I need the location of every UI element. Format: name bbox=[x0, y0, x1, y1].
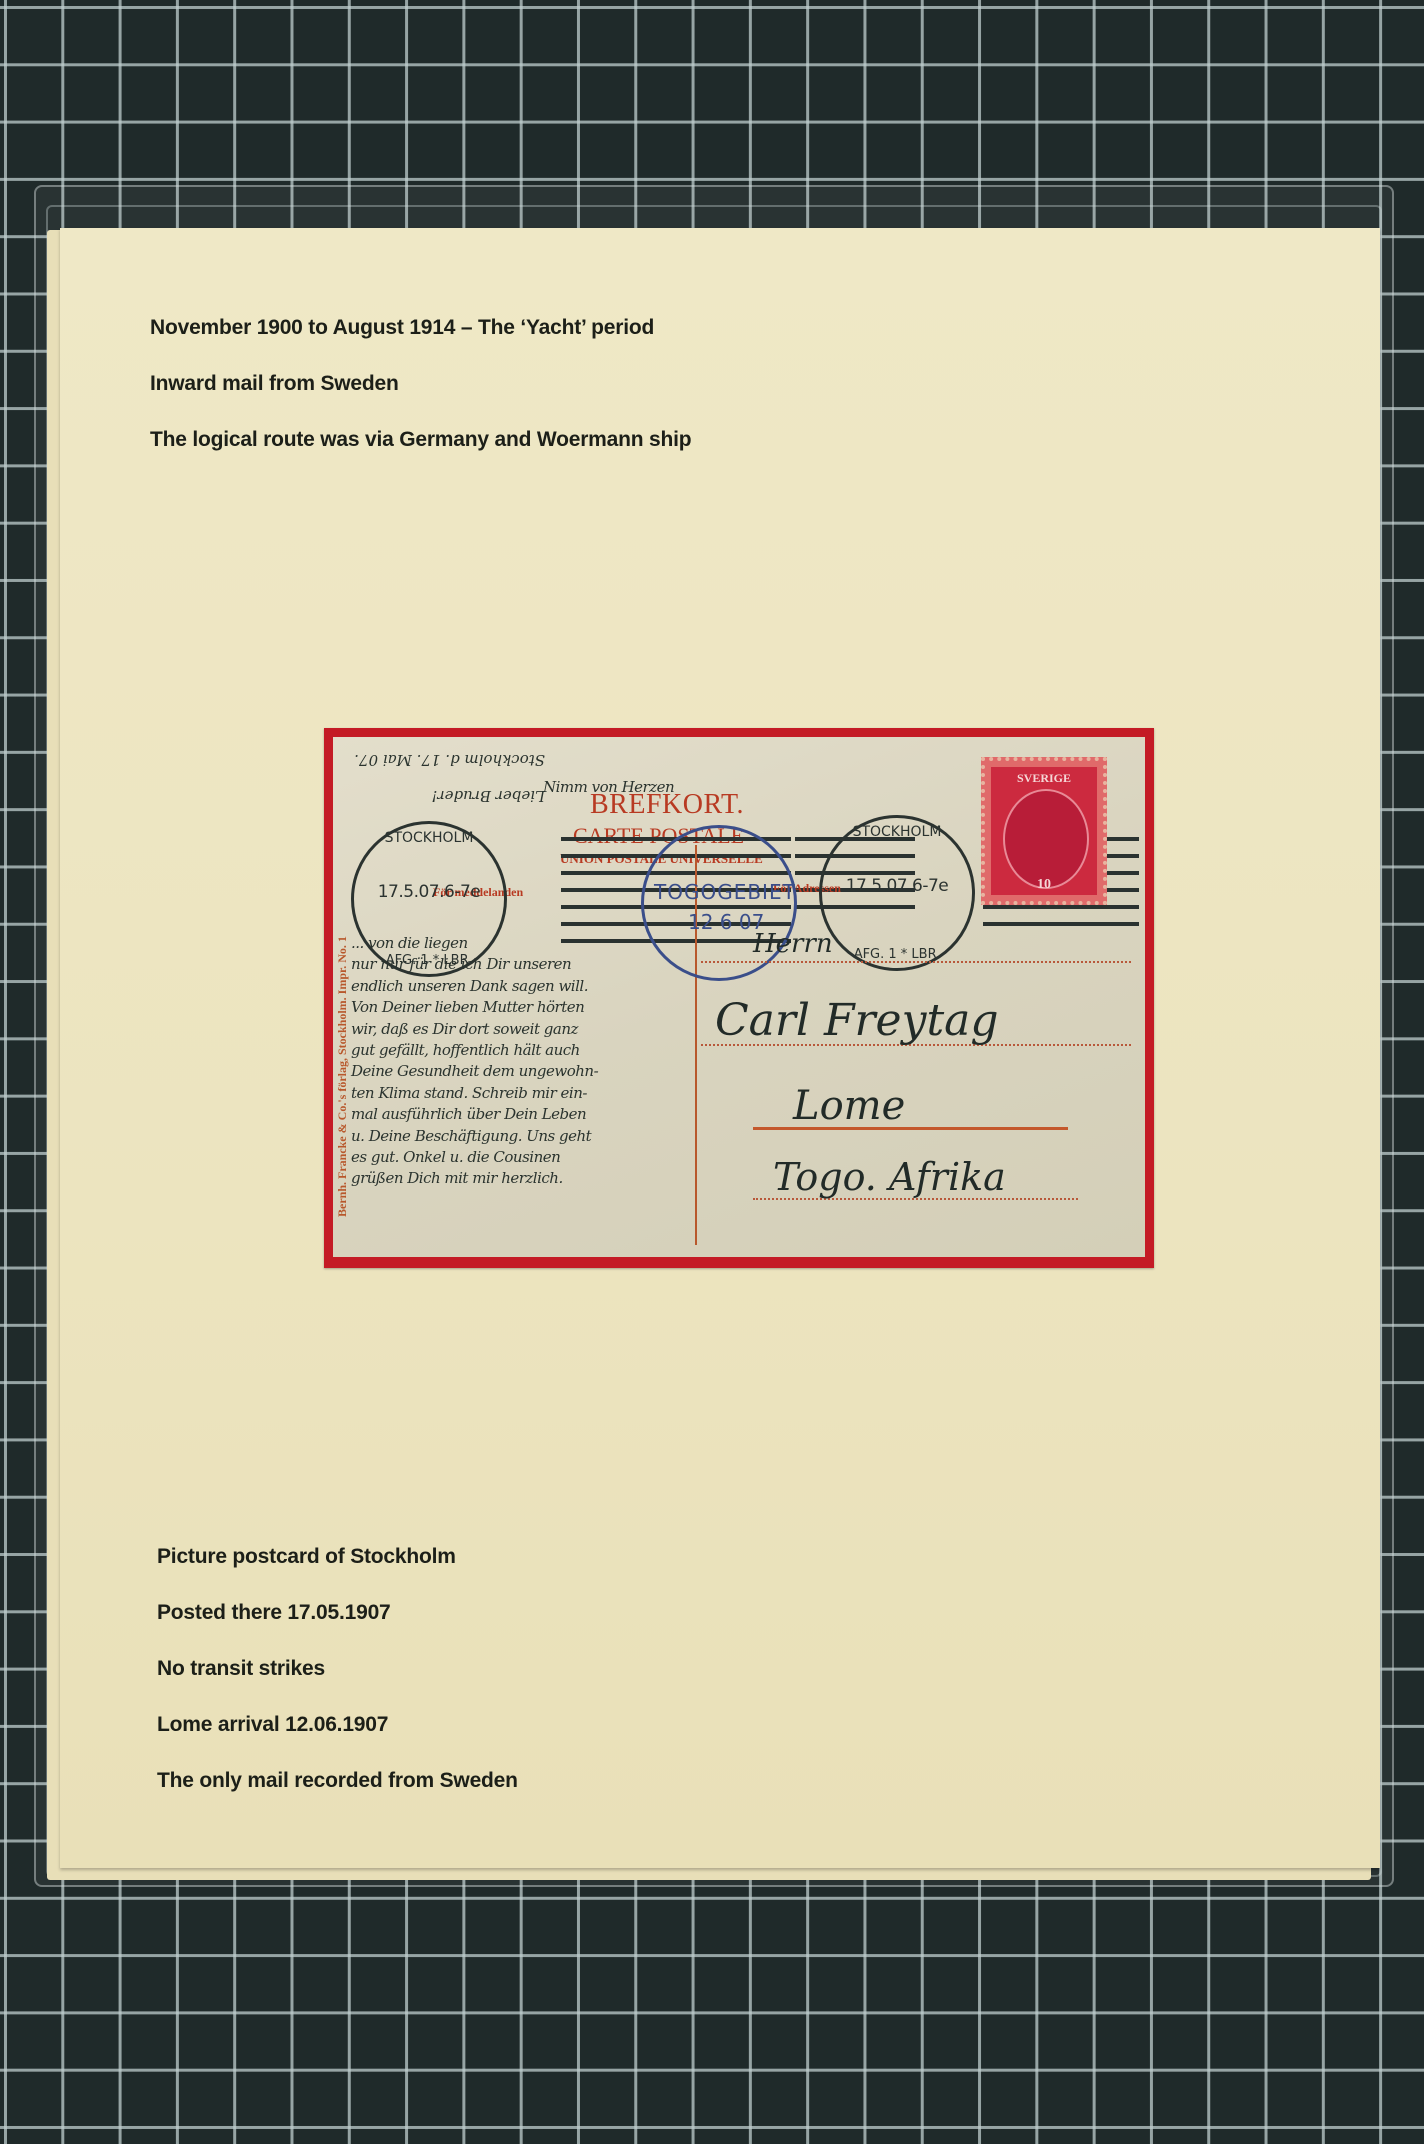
publisher-imprint: Bernh. Francke & Co.'s förlag, Stockholm… bbox=[335, 936, 350, 1217]
message-line: Nimm von Herzen bbox=[543, 777, 674, 798]
message-upside-down-greeting: Lieber Bruder! bbox=[431, 787, 545, 805]
footer-line-arrival: Lome arrival 12.06.1907 bbox=[157, 1713, 388, 1737]
stamp-country: SVERIGE bbox=[991, 771, 1097, 786]
stockholm-postmark-right: STOCKHOLM 17.5.07.6-7e AFG. 1 * LBR. bbox=[819, 815, 975, 971]
address-name: Carl Freytag bbox=[715, 995, 999, 1046]
address-line-1 bbox=[701, 961, 1131, 963]
header-line-route: The logical route was via Germany and Wo… bbox=[150, 428, 691, 452]
king-portrait-icon bbox=[1003, 789, 1089, 889]
address-salutation: Herrn bbox=[753, 929, 833, 959]
header-line-period: November 1900 to August 1914 – The ‘Yach… bbox=[150, 316, 654, 340]
message-upside-down-date: Stockholm d. 17. Mai 07. bbox=[354, 751, 545, 769]
stamp-value: 10 bbox=[991, 877, 1097, 893]
footer-line-rarity: The only mail recorded from Sweden bbox=[157, 1769, 518, 1793]
footer-line-description: Picture postcard of Stockholm bbox=[157, 1545, 456, 1569]
sverige-10-ore-stamp: SVERIGE 10 bbox=[981, 757, 1107, 905]
header-line-origin: Inward mail from Sweden bbox=[150, 372, 399, 396]
address-country: Togo. Afrika bbox=[773, 1155, 1006, 1199]
address-city: Lome bbox=[793, 1083, 905, 1129]
postcard: Bernh. Francke & Co.'s förlag, Stockholm… bbox=[333, 737, 1145, 1257]
message-body: ... von die liegen nur nur für die ich D… bbox=[351, 933, 598, 1190]
footer-line-posted: Posted there 17.05.1907 bbox=[157, 1601, 391, 1625]
footer-line-transit: No transit strikes bbox=[157, 1657, 325, 1681]
